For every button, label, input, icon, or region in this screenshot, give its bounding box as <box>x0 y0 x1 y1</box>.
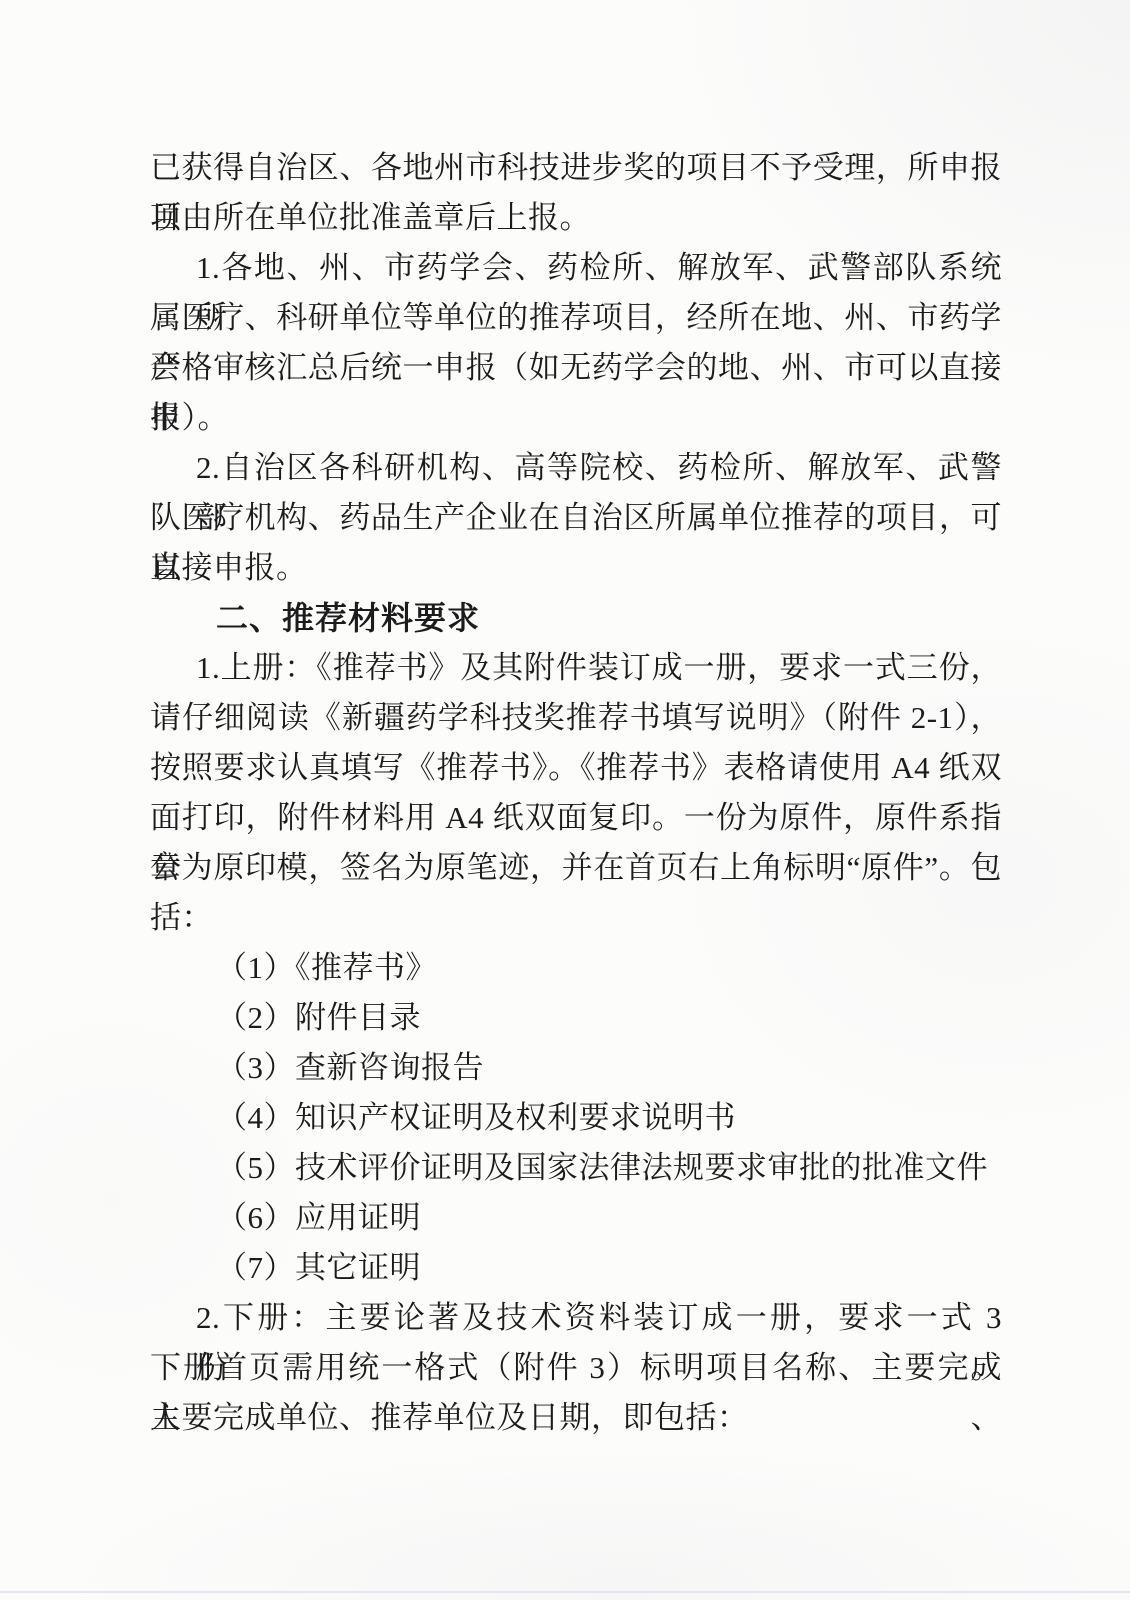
text-line: 直接申报。 <box>150 543 1002 593</box>
text-line: 请仔细阅读《新疆药学科技奖推荐书填写说明》（附件 2-1）， <box>150 693 1002 743</box>
list-item: （1）《推荐书》 <box>150 943 1002 993</box>
section-heading: 二、推荐材料要求 <box>150 593 1002 643</box>
text-line: 严格审核汇总后统一申报（如无药学会的地、州、市可以直接申 <box>150 343 1002 393</box>
page-bottom-scan-edge <box>0 1591 1130 1593</box>
text-line: 属医疗、科研单位等单位的推荐项目，经所在地、州、市药学会 <box>150 293 1002 343</box>
text-line: 下册首页需用统一格式（附件 3）标明项目名称、主要完成人、 <box>150 1343 1002 1393</box>
text-line: 括： <box>150 893 1002 943</box>
text-line: 1.上册：《推荐书》及其附件装订成一册，要求一式三份， <box>150 643 1002 693</box>
text-line: 章为原印模，签名为原笔迹，并在首页右上角标明“原件”。包 <box>150 843 1002 893</box>
text-line: 2.自治区各科研机构、高等院校、药检所、解放军、武警部 <box>150 443 1002 493</box>
text-line: 面打印，附件材料用 A4 纸双面复印。一份为原件，原件系指公 <box>150 793 1002 843</box>
list-item: （2）附件目录 <box>150 993 1002 1043</box>
document-text-block: 已获得自治区、各地州市科技进步奖的项目不予受理，所申报项 目由所在单位批准盖章后… <box>150 143 1002 1443</box>
text-line: 已获得自治区、各地州市科技进步奖的项目不予受理，所申报项 <box>150 143 1002 193</box>
list-item: （5）技术评价证明及国家法律法规要求审批的批准文件 <box>150 1143 1002 1193</box>
list-item: （4）知识产权证明及权利要求说明书 <box>150 1093 1002 1143</box>
text-line: 1.各地、州、市药学会、药检所、解放军、武警部队系统所 <box>150 243 1002 293</box>
list-item: （7）其它证明 <box>150 1243 1002 1293</box>
text-line: 2.下册：主要论著及技术资料装订成一册，要求一式 3 份。 <box>150 1293 1002 1343</box>
scanned-document-page: 已获得自治区、各地州市科技进步奖的项目不予受理，所申报项 目由所在单位批准盖章后… <box>0 0 1130 1600</box>
text-line: 报）。 <box>150 393 1002 443</box>
text-line: 按照要求认真填写《推荐书》。《推荐书》表格请使用 A4 纸双 <box>150 743 1002 793</box>
list-item: （6）应用证明 <box>150 1193 1002 1243</box>
text-line: 目由所在单位批准盖章后上报。 <box>150 193 1002 243</box>
list-item: （3）查新咨询报告 <box>150 1043 1002 1093</box>
text-line: 队医疗机构、药品生产企业在自治区所属单位推荐的项目，可以 <box>150 493 1002 543</box>
